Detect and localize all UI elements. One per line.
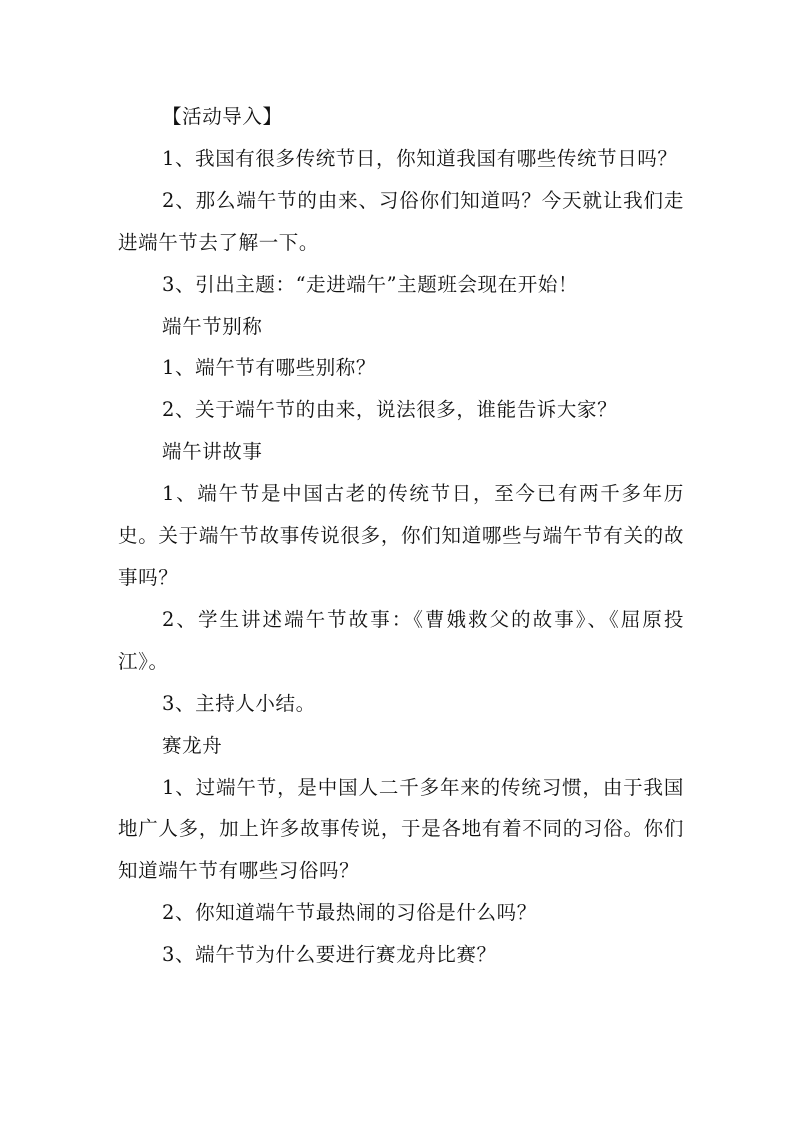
paragraph: 1、端午节有哪些别称？ — [118, 347, 684, 389]
paragraph: 1、端午节是中国古老的传统节日，至今已有两千多年历史。关于端午节故事传说很多，你… — [118, 473, 684, 599]
section-heading-dragon-boat: 赛龙舟 — [118, 725, 684, 767]
paragraph: 1、我国有很多传统节日，你知道我国有哪些传统节日吗？ — [118, 138, 684, 180]
paragraph: 2、学生讲述端午节故事：《曹娥救父的故事》、《屈原投江》。 — [118, 599, 684, 683]
paragraph: 3、端午节为什么要进行赛龙舟比赛？ — [118, 934, 684, 976]
paragraph: 2、关于端午节的由来，说法很多，谁能告诉大家？ — [118, 389, 684, 431]
paragraph: 2、你知道端午节最热闹的习俗是什么吗？ — [118, 892, 684, 934]
paragraph: 3、主持人小结。 — [118, 683, 684, 725]
document-page: 【活动导入】 1、我国有很多传统节日，你知道我国有哪些传统节日吗？ 2、那么端午… — [118, 96, 684, 976]
paragraph: 2、那么端午节的由来、习俗你们知道吗？今天就让我们走进端午节去了解一下。 — [118, 180, 684, 264]
section-heading-activity-intro: 【活动导入】 — [118, 96, 684, 138]
paragraph: 1、过端午节，是中国人二千多年来的传统习惯，由于我国地广人多，加上许多故事传说，… — [118, 767, 684, 893]
paragraph: 3、引出主题：“走进端午”主题班会现在开始！ — [118, 264, 684, 306]
section-heading-stories: 端午讲故事 — [118, 431, 684, 473]
section-heading-aliases: 端午节别称 — [118, 306, 684, 348]
